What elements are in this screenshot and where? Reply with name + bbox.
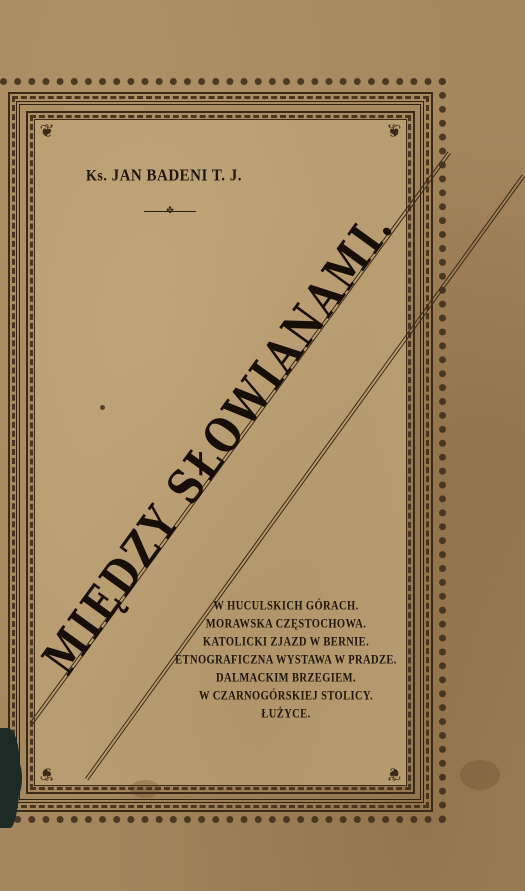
corner-flourish-icon: ❦ — [36, 121, 58, 143]
corner-flourish-icon: ❦ — [383, 121, 405, 143]
author-line: Ks. JAN BADENI T. J. — [86, 167, 286, 187]
corner-flourish-icon: ❦ — [383, 762, 405, 784]
contents-item: ŁUŻYCE. — [168, 705, 404, 726]
book-cover: ❦ ❦ ❦ ❦ Ks. JAN BADENI T. J. ✤ MIĘDZY SŁ… — [0, 0, 525, 891]
author-name: JAN BADENI T. J. — [112, 167, 242, 185]
author-prefix: Ks. — [86, 168, 107, 185]
paper-stain — [130, 780, 160, 798]
ornament-icon: ✤ — [165, 206, 175, 216]
paper-spot — [100, 405, 105, 410]
paper-stain — [460, 760, 500, 790]
contents-list: W HUCULSKICH GÓRACH. MORAWSKA CZĘSTOCHOW… — [168, 598, 404, 724]
corner-flourish-icon: ❦ — [36, 762, 58, 784]
